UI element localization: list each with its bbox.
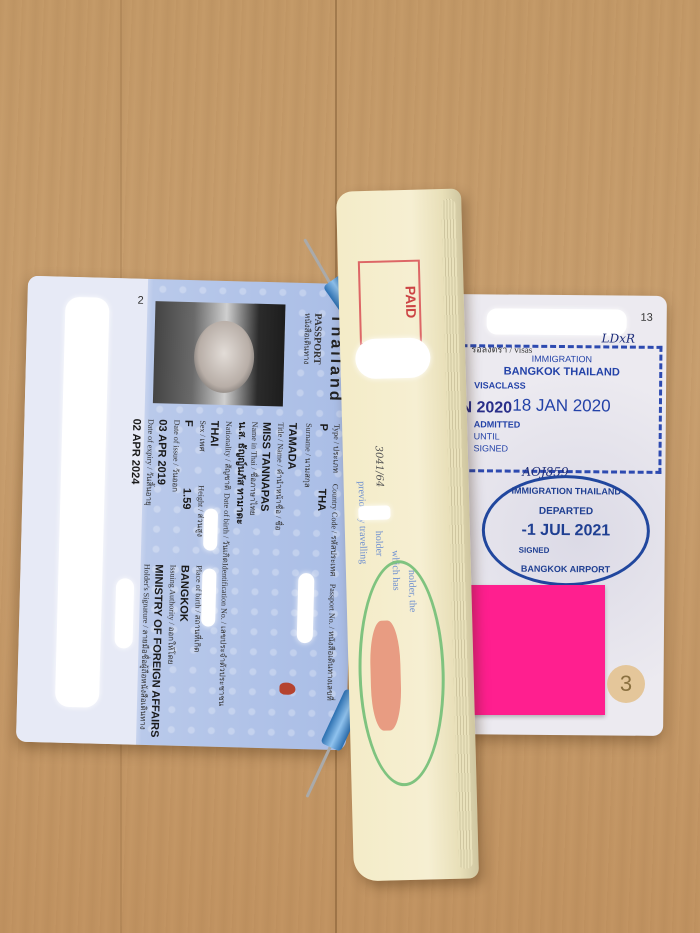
clip-wire [305, 742, 333, 798]
redaction [114, 578, 134, 648]
field-value: 02 APR 2024 [129, 418, 143, 484]
stamp-line: BANGKOK AIRPORT [484, 563, 646, 574]
handwritten-number: 3041/64 [373, 446, 385, 488]
stamp-line: SIGNED [519, 546, 550, 555]
field-value: F [182, 420, 194, 427]
garuda-emblem [369, 620, 402, 731]
field-label: Type / ประเภท [329, 424, 343, 473]
field-label: Sex / เพศ [196, 420, 210, 452]
field-value: P [317, 423, 329, 431]
field-label: Place of birth / สถานที่เกิด [190, 565, 205, 652]
stamp-line: SIGNED [474, 443, 509, 453]
thailand-map-icon [279, 682, 295, 694]
field-label: Surname / นามสกุล [301, 423, 316, 488]
stamp-line: IMMIGRATION [464, 353, 659, 365]
field-label: Issuing Authority / ออกให้โดย [164, 564, 180, 664]
field-label: Height / ส่วนสูง [193, 485, 207, 537]
field-label: Nationality / สัญชาติ [221, 421, 236, 490]
paid-stamp: PAID [358, 260, 422, 346]
doc-title-thai: หนังสือเดินทาง [300, 313, 314, 365]
arrival-stamp: IMMIGRATION BANGKOK THAILAND VISACLASS 1… [460, 344, 662, 474]
pink-sticky-note [455, 585, 605, 715]
redaction [297, 573, 315, 643]
faint-text: holder [373, 531, 385, 557]
stamp-line: ADMITTED [474, 419, 521, 429]
departure-stamp: IMMIGRATION THAILAND DEPARTED -1 JUL 202… [481, 474, 650, 586]
redaction [358, 505, 390, 520]
page-seal-icon: 3 [607, 665, 645, 703]
passport-page-stack: PAID 3041/64 previously travelling holde… [336, 188, 479, 881]
holder-photo [153, 301, 286, 406]
page-number: 2 [137, 295, 143, 307]
field-value: THA [315, 488, 328, 511]
stamp-date: -1 JUL 2021 [485, 521, 647, 540]
field-label: Date of birth / วันเกิด [219, 493, 234, 563]
page-number: 13 [640, 312, 652, 324]
field-value: THAI [208, 421, 221, 447]
field-label: Date of issue / วันออก [169, 420, 184, 493]
handwritten-note: LDxR [601, 331, 635, 345]
green-seal-stamp [356, 559, 448, 787]
redaction [355, 337, 431, 379]
stamp-line: IMMIGRATION THAILAND [485, 485, 647, 496]
stamp-line: BANGKOK THAILAND [464, 365, 659, 379]
field-label: Country Code / รหัสประเทศ [326, 484, 341, 577]
field-label: Date of expiry / วันสิ้นอายุ [142, 419, 157, 506]
stamp-status: DEPARTED [485, 505, 647, 517]
face [193, 320, 255, 394]
stamp-date: 18 JAN 2020 [464, 395, 659, 417]
faint-text: previously travelling [356, 481, 369, 564]
passport-data-page: 2 Thailand PASSPORT หนังสือเดินทาง Type … [16, 276, 358, 750]
stamp-line: VISACLASS [474, 380, 526, 390]
stamp-line: UNTIL [474, 431, 500, 441]
field-value: 1.59 [180, 488, 193, 510]
